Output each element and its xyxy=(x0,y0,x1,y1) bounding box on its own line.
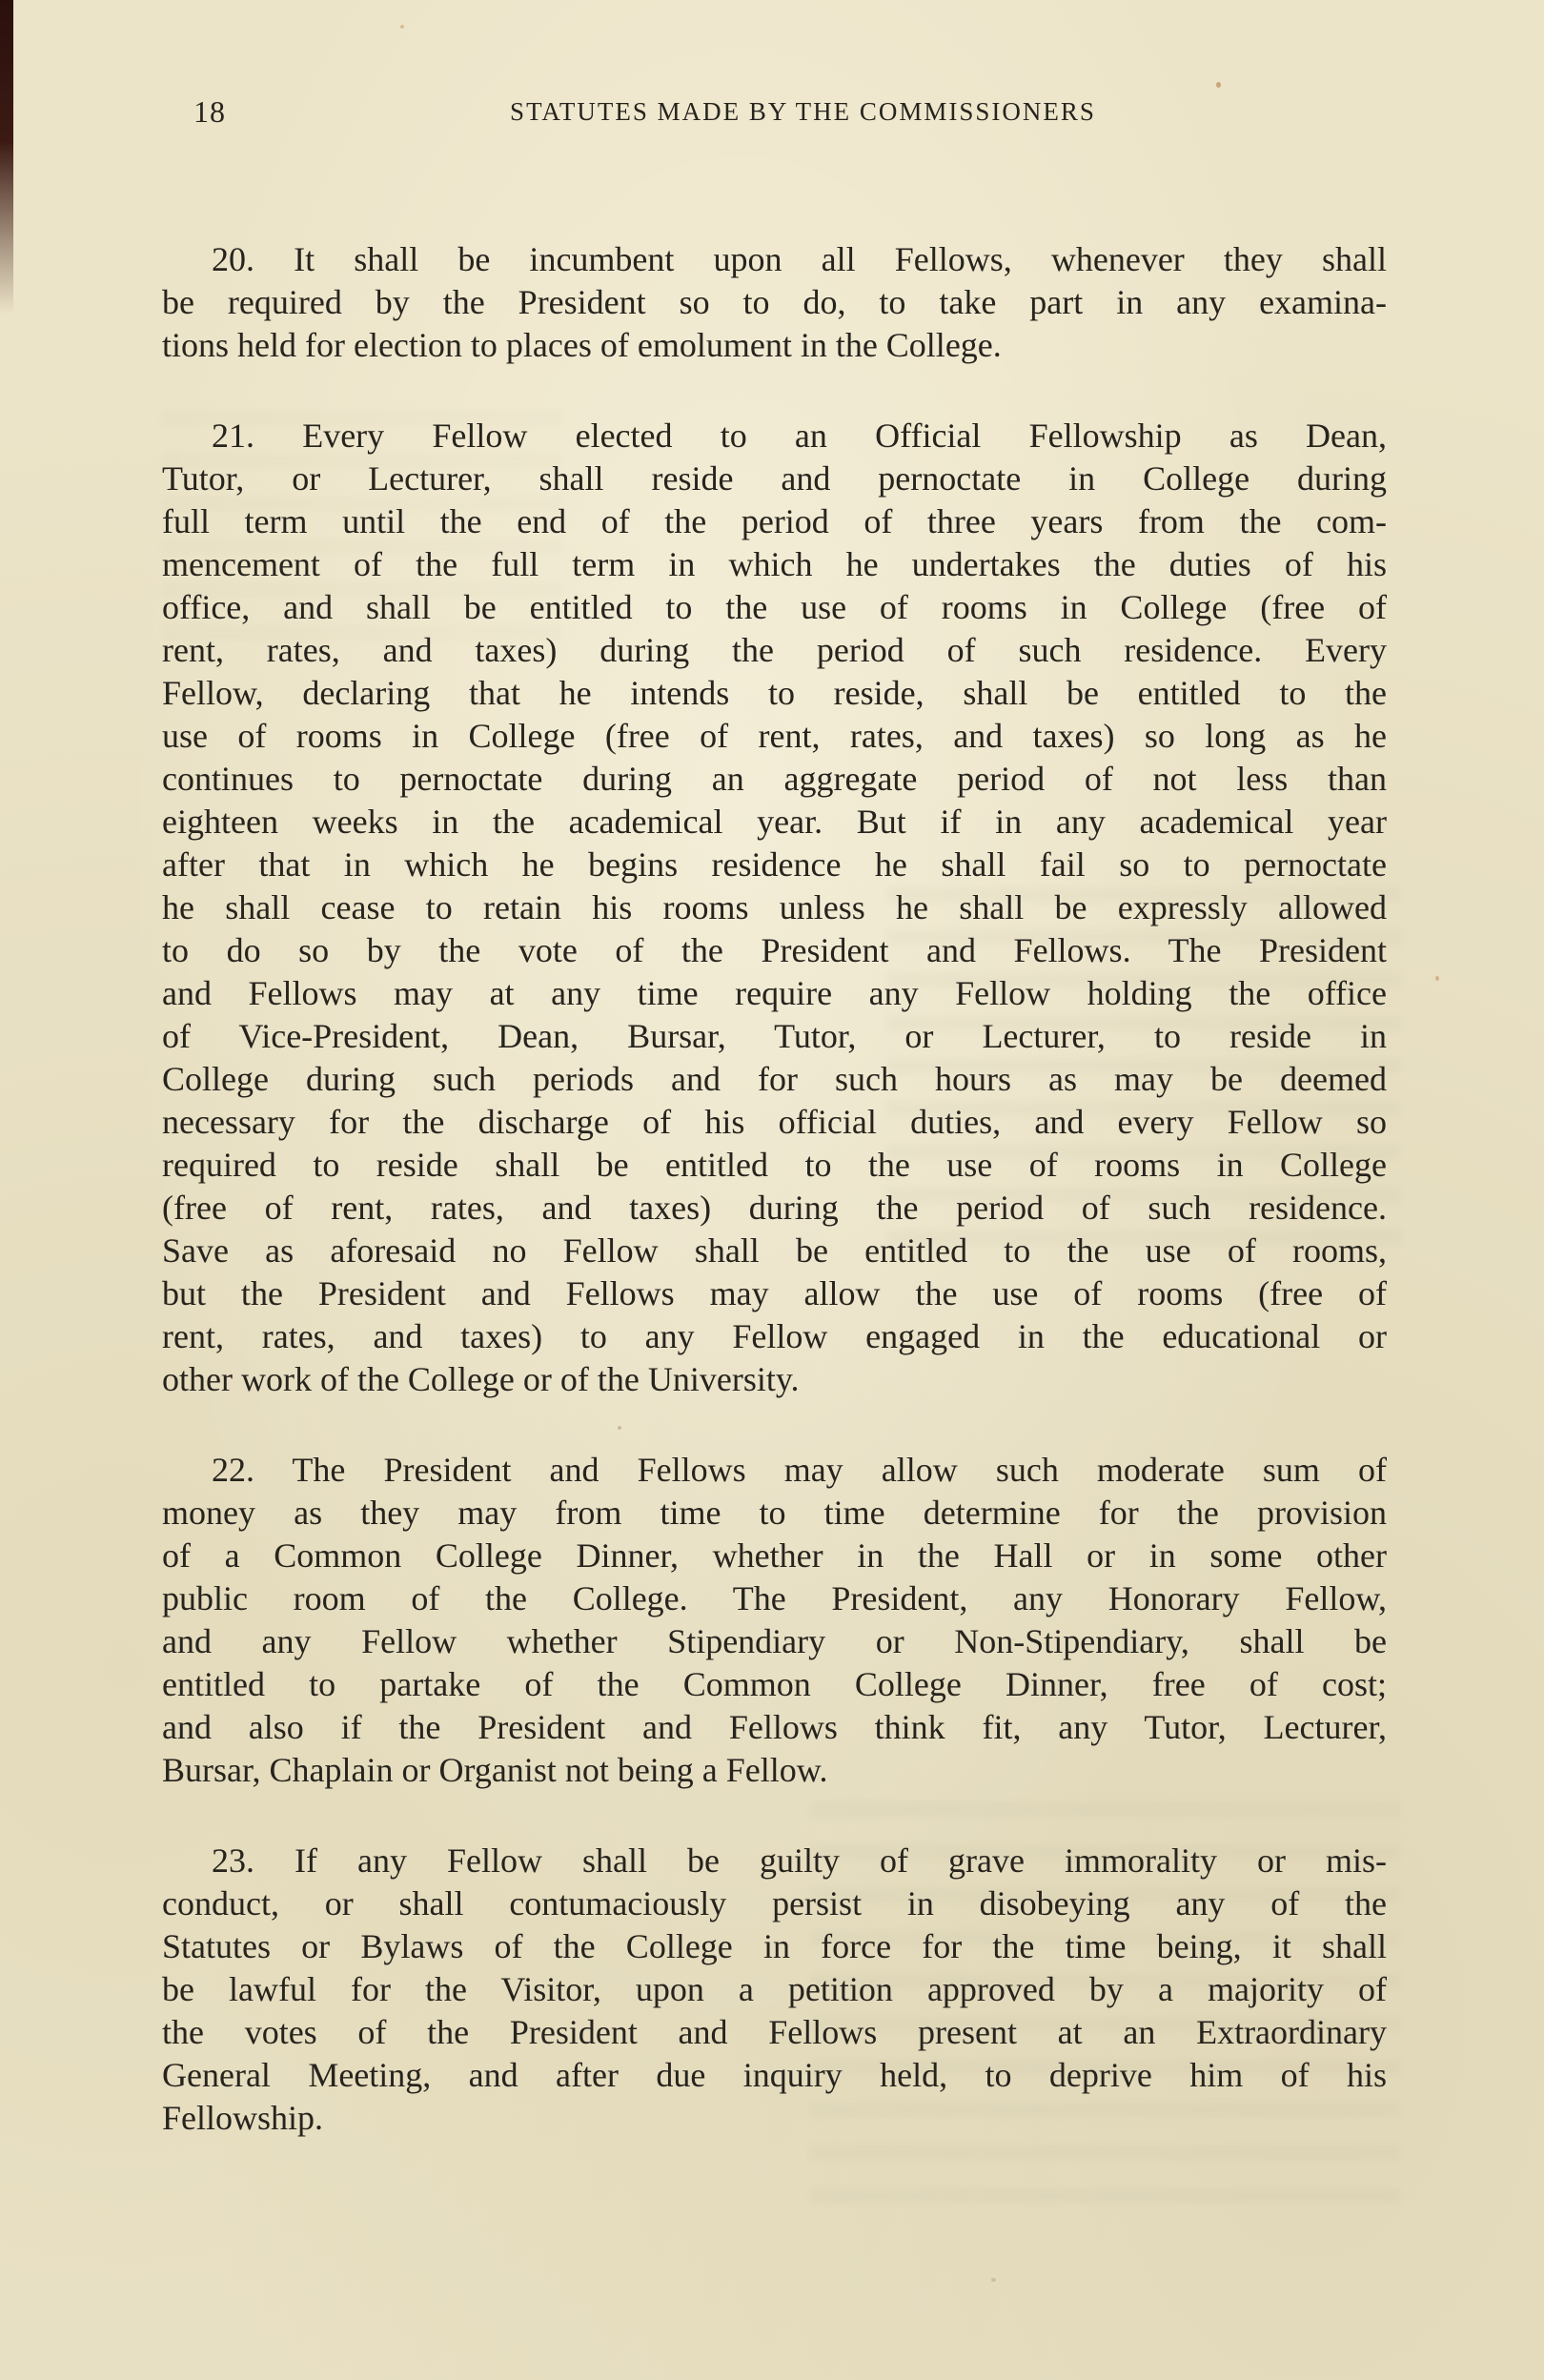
text-line: use of rooms in College (free of rent, r… xyxy=(162,715,1387,758)
text-line: rent, rates, and taxes) during the perio… xyxy=(162,629,1387,672)
running-header: STATUTES MADE BY THE COMMISSIONERS xyxy=(162,92,1387,132)
text-line: rent, rates, and taxes) to any Fellow en… xyxy=(162,1315,1387,1358)
text-line: Statutes or Bylaws of the College in for… xyxy=(162,1925,1387,1968)
statute-22: 22. The President and Fellows may allow … xyxy=(162,1449,1387,1792)
text-line: to do so by the vote of the President an… xyxy=(162,929,1387,972)
scan-edge-artifact xyxy=(0,0,13,315)
statute-20: 20. It shall be incumbent upon all Fello… xyxy=(162,238,1387,367)
text-line: office, and shall be entitled to the use… xyxy=(162,586,1387,629)
scanned-book-page: 18 STATUTES MADE BY THE COMMISSIONERS 20… xyxy=(0,0,1544,2380)
text-line: continues to pernoctate during an aggreg… xyxy=(162,758,1387,801)
text-line: he shall cease to retain his rooms unles… xyxy=(162,886,1387,929)
statute-21: 21. Every Fellow elected to an Official … xyxy=(162,415,1387,1401)
text-line: 23. If any Fellow shall be guilty of gra… xyxy=(162,1840,1387,1882)
text-line: entitled to partake of the Common Colleg… xyxy=(162,1663,1387,1706)
text-line: and Fellows may at any time require any … xyxy=(162,972,1387,1015)
text-line: but the President and Fellows may allow … xyxy=(162,1272,1387,1315)
statute-23: 23. If any Fellow shall be guilty of gra… xyxy=(162,1840,1387,2140)
text-line: mencement of the full term in which he u… xyxy=(162,543,1387,586)
text-line: public room of the College. The Presiden… xyxy=(162,1577,1387,1620)
text-line: 21. Every Fellow elected to an Official … xyxy=(162,415,1387,458)
text-line: the votes of the President and Fellows p… xyxy=(162,2011,1387,2054)
text-line: Bursar, Chaplain or Organist not being a… xyxy=(162,1749,1387,1792)
text-line: full term until the end of the period of… xyxy=(162,500,1387,543)
text-line: conduct, or shall contumaciously persist… xyxy=(162,1882,1387,1925)
text-line: 20. It shall be incumbent upon all Fello… xyxy=(162,238,1387,281)
page-header: 18 STATUTES MADE BY THE COMMISSIONERS xyxy=(162,92,1387,132)
text-line: of Vice-President, Dean, Bursar, Tutor, … xyxy=(162,1015,1387,1058)
text-line: Save as aforesaid no Fellow shall be ent… xyxy=(162,1230,1387,1272)
text-line: necessary for the discharge of his offic… xyxy=(162,1101,1387,1144)
text-line: other work of the College or of the Univ… xyxy=(162,1358,1387,1401)
text-line: required to reside shall be entitled to … xyxy=(162,1144,1387,1187)
foxing-speck xyxy=(991,2278,996,2282)
text-line: of a Common College Dinner, whether in t… xyxy=(162,1535,1387,1577)
text-line: be lawful for the Visitor, upon a petiti… xyxy=(162,1968,1387,2011)
text-line: after that in which he begins residence … xyxy=(162,844,1387,886)
text-line: eighteen weeks in the academical year. B… xyxy=(162,801,1387,844)
text-line: and also if the President and Fellows th… xyxy=(162,1706,1387,1749)
text-line: College during such periods and for such… xyxy=(162,1058,1387,1101)
text-line: and any Fellow whether Stipendiary or No… xyxy=(162,1620,1387,1663)
foxing-speck xyxy=(400,25,404,29)
text-line: Fellowship. xyxy=(162,2097,1387,2140)
foxing-speck xyxy=(1216,82,1221,88)
text-line: (free of rent, rates, and taxes) during … xyxy=(162,1187,1387,1230)
text-line: General Meeting, and after due inquiry h… xyxy=(162,2054,1387,2097)
page-text: 20. It shall be incumbent upon all Fello… xyxy=(162,238,1387,2187)
text-line: Tutor, or Lecturer, shall reside and per… xyxy=(162,458,1387,500)
foxing-speck xyxy=(1435,976,1439,981)
text-line: be required by the President so to do, t… xyxy=(162,281,1387,324)
text-line: Fellow, declaring that he intends to res… xyxy=(162,672,1387,715)
text-line: money as they may from time to time dete… xyxy=(162,1492,1387,1535)
text-line: tions held for election to places of emo… xyxy=(162,324,1387,367)
text-line: 22. The President and Fellows may allow … xyxy=(162,1449,1387,1492)
